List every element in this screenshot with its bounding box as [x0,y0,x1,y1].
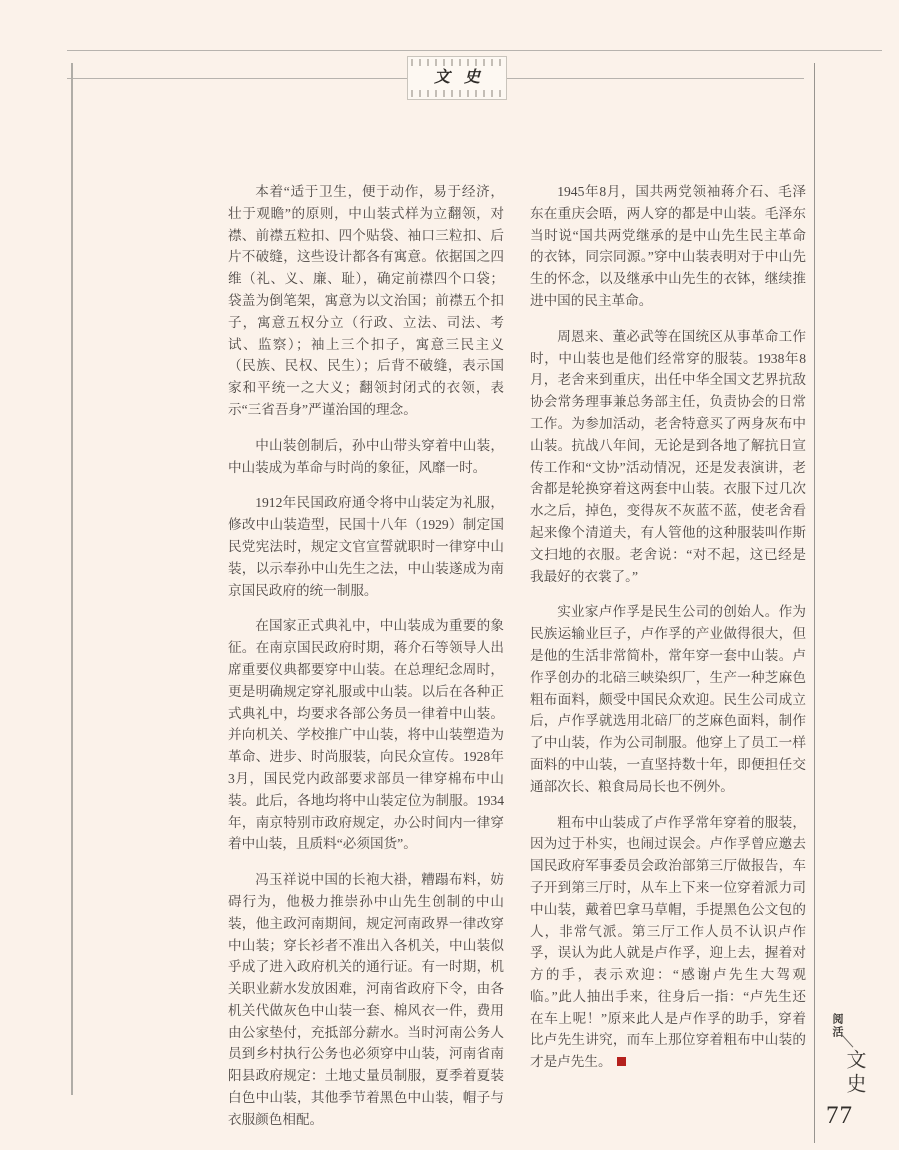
article-paragraph: 周恩来、董必武等在国统区从事革命工作时，中山装也是他们经常穿的服装。1938年8… [530,326,806,588]
sidebar-slash-divider [841,1033,854,1047]
sidebar-section-label-large: 文史 [840,1049,869,1097]
article-paragraph-text: 粗布中山装成了卢作孚常年穿着的服装，因为过于朴实，也闹过误会。卢作孚曾应邀去国民… [530,815,806,1070]
page-number: 77 [826,1102,853,1130]
header-stamp-label: 文史 [408,69,506,87]
article-end-mark [617,1057,626,1066]
left-margin-rule [71,63,73,1095]
article-paragraph: 在国家正式典礼中，中山装成为重要的象征。在南京国民政府时期，蒋介石等领导人出席重… [228,615,504,855]
article-paragraph: 本着“适于卫生，便于动作，易于经济，壮于观瞻”的原则，中山装式样为立翻领，对襟、… [228,181,504,421]
article-paragraph: 1945年8月，国共两党领袖蒋介石、毛泽东在重庆会晤，两人穿的都是中山装。毛泽东… [530,181,806,312]
header-stamp: 文史 [407,56,507,100]
article-paragraph: 实业家卢作孚是民生公司的创始人。作为民族运输业巨子，卢作孚的产业做得很大，但是他… [530,601,806,797]
right-margin-rule [814,63,815,1143]
magazine-page: 文史 本着“适于卫生，便于动作，易于经济，壮于观瞻”的原则，中山装式样为立翻领，… [0,0,899,1150]
article-paragraph: 1912年民国政府通令将中山装定为礼服，修改中山装造型，民国十八年（1929）制… [228,492,504,601]
stamp-perforation-top-icon [411,59,503,66]
article-paragraph-last: 粗布中山装成了卢作孚常年穿着的服装，因为过于朴实，也闹过误会。卢作孚曾应邀去国民… [530,812,806,1074]
article-paragraph: 中山装创制后，孙中山带头穿着中山装，中山装成为革命与时尚的象征，风靡一时。 [228,435,504,479]
article-body: 本着“适于卫生，便于动作，易于经济，壮于观瞻”的原则，中山装式样为立翻领，对襟、… [228,181,806,1149]
stamp-perforation-bottom-icon [411,90,503,97]
top-rule-primary [67,50,882,51]
article-paragraph: 冯玉祥说中国的长袍大褂，糟蹋布料，妨碍行为，他极力推崇孙中山先生创制的中山装，他… [228,869,504,1131]
